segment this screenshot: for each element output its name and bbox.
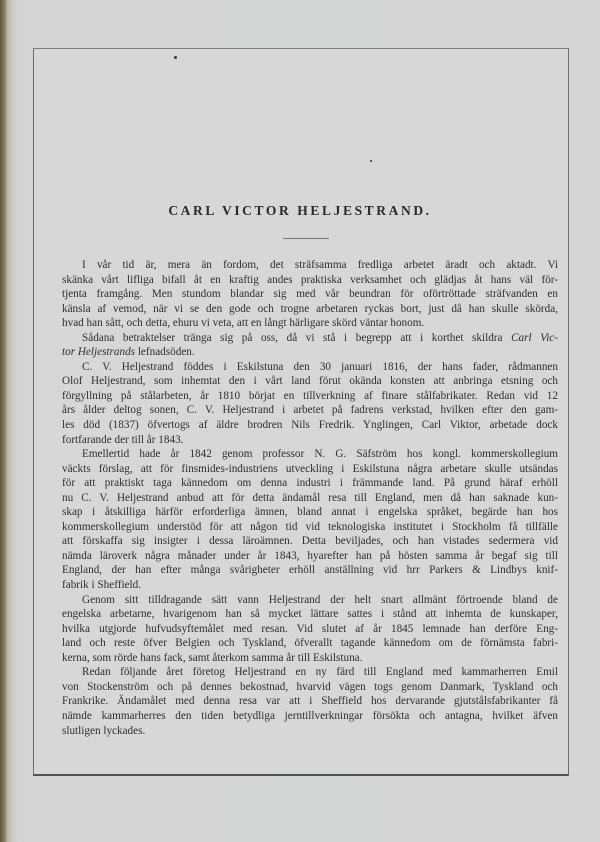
text-line: års ålder deltog sonen, C. V. Heljestran… [62, 403, 558, 418]
title-divider [283, 238, 329, 239]
text-line: C. V. Heljestrand föddes i Eskilstuna de… [62, 360, 558, 375]
text-line: nämde kammarherres den tiden betydliga j… [62, 709, 558, 724]
book-page: CARL VICTOR HELJESTRAND. I vår tid är, m… [0, 0, 600, 842]
text-line: les död (1837) öfvertogs af äldre brodre… [62, 418, 558, 433]
text-line: Emellertid hade år 1842 genom professor … [62, 447, 558, 462]
ink-speck [174, 56, 177, 59]
italic-name: Carl Vic- [511, 332, 558, 344]
text-line: slutligen lyckades. [62, 724, 558, 739]
text-line: land och reste öfver Belgien och Tysklan… [62, 636, 558, 651]
text-line: Olof Heljestrand, som inhemtat den i vår… [62, 374, 558, 389]
paragraph: C. V. Heljestrand föddes i Eskilstuna de… [62, 360, 558, 447]
text-line: skänka vårt lifliga bifall åt en kraftig… [62, 273, 558, 288]
text-line: Sådana betraktelser tränga sig på oss, d… [62, 331, 558, 346]
text-line: tjenta framgång. Men stundom blandar sig… [62, 287, 558, 302]
paragraph: Sådana betraktelser tränga sig på oss, d… [62, 331, 558, 360]
page-title: CARL VICTOR HELJESTRAND. [0, 203, 600, 219]
paragraph: Redan följande året företog Heljestrand … [62, 665, 558, 738]
text-line: England, der han efter många svårigheter… [62, 563, 558, 578]
paragraph: Emellertid hade år 1842 genom professor … [62, 447, 558, 592]
text-line: Genom sitt tilldragande sätt vann Heljes… [62, 593, 558, 608]
book-spine [0, 0, 6, 842]
text-line: Frankrike. Ändamålet med denna resa var … [62, 694, 558, 709]
text-line: Redan följande året företog Heljestrand … [62, 665, 558, 680]
text-line: nu C. V. Heljestrand anbud att för detta… [62, 491, 558, 506]
ink-speck [370, 160, 372, 162]
text-line: kommerskollegium understöd för att någon… [62, 520, 558, 535]
text-line: hvilka utgjorde hufvudsyftemålet med res… [62, 622, 558, 637]
text-line: engelska arbetarne, hvarigenom han så my… [62, 607, 558, 622]
text-line: nämda läroverk några månader under år 18… [62, 549, 558, 564]
text-line: väckts förslag, att för finsmides-indust… [62, 462, 558, 477]
text-line: för att praktiskt taga kännedom om denna… [62, 476, 558, 491]
text-line: fabrik i Sheffield. [62, 578, 558, 593]
text-line: tor Heljestrands lefnadsöden. [62, 345, 558, 360]
text-line: I vår tid är, mera än fordom, det sträfs… [62, 258, 558, 273]
text-line: att förskaffa sig insigter i dessa läroä… [62, 534, 558, 549]
text-line: känsla af vemod, när vi se den gode och … [62, 302, 558, 317]
text-line: fortfarande der till år 1843. [62, 433, 558, 448]
text-line: skap i åtskilliga härför erforderliga äm… [62, 505, 558, 520]
paragraph: Genom sitt tilldragande sätt vann Heljes… [62, 593, 558, 666]
paragraph: I vår tid är, mera än fordom, det sträfs… [62, 258, 558, 331]
text-line: von Stockenström och på dennes bekostnad… [62, 680, 558, 695]
italic-name: tor Heljestrands [62, 346, 135, 358]
text-line: förgyllning på stålarbeten, år 1810 börj… [62, 389, 558, 404]
article-body: I vår tid är, mera än fordom, det sträfs… [62, 258, 558, 738]
text-line: hvad han sått, och detta, ehuru vi veta,… [62, 316, 558, 331]
text-line: kerna, som rörde hans fack, samt återkom… [62, 651, 558, 666]
